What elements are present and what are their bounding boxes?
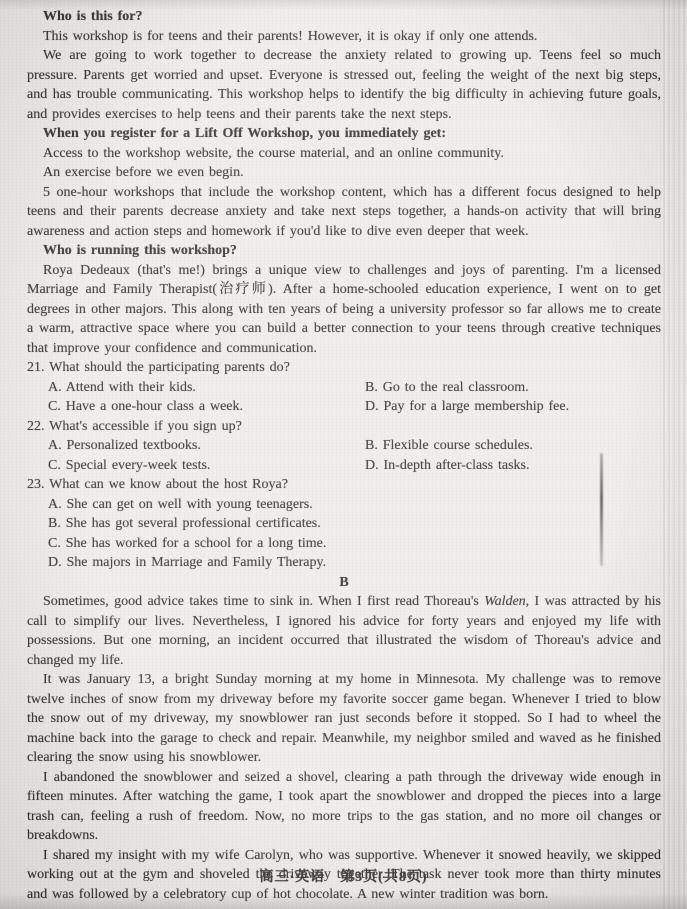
page-footer: 高三·英语 第3页(共8页) [0, 866, 687, 886]
option-22-a: A. Personalized textbooks. [48, 436, 365, 456]
paragraph-workshops: 5 one-hour workshops that include the wo… [27, 183, 661, 242]
option-21-a: A. Attend with their kids. [48, 378, 365, 398]
passage-b-paragraph-1: Sometimes, good advice takes time to sin… [27, 592, 661, 670]
question-22: 22. What's accessible if you sign up? A.… [27, 417, 661, 476]
passage-b-paragraph-2: It was January 13, a bright Sunday morni… [27, 670, 661, 768]
option-23-b: B. She has got several professional cert… [27, 514, 661, 534]
option-23-d: D. She majors in Marriage and Family The… [27, 553, 661, 573]
question-22-text: What's accessible if you sign up? [49, 419, 242, 434]
list-item-exercise: An exercise before we even begin. [27, 163, 661, 183]
question-22-number: 22. [27, 419, 45, 434]
question-21: 21. What should the participating parent… [27, 358, 661, 417]
question-21-number: 21. [27, 360, 45, 375]
page-content: Who is this for? This workshop is for te… [27, 7, 661, 904]
passage-b-p1-before: Sometimes, good advice takes time to sin… [43, 594, 484, 609]
scanned-exam-page: Who is this for? This workshop is for te… [0, 0, 687, 909]
question-23-stem: 23. What can we know about the host Roya… [27, 475, 661, 495]
passage-b-paragraph-3: I abandoned the snowblower and seized a … [27, 768, 661, 846]
question-23: 23. What can we know about the host Roya… [27, 475, 661, 573]
walden-book-title: Walden [484, 594, 525, 609]
question-21-text: What should the participating parents do… [49, 360, 290, 375]
paragraph-attend: This workshop is for teens and their par… [27, 27, 661, 47]
heading-register-benefits: When you register for a Lift Off Worksho… [27, 124, 661, 144]
option-23-c: C. She has worked for a school for a lon… [27, 534, 661, 554]
option-22-b: B. Flexible course schedules. [365, 436, 661, 456]
option-23-a: A. She can get on well with young teenag… [27, 495, 661, 515]
paragraph-work-together: We are going to work together to decreas… [27, 46, 661, 124]
question-22-options: A. Personalized textbooks. B. Flexible c… [27, 436, 661, 475]
question-23-text: What can we know about the host Roya? [49, 477, 288, 492]
option-21-d: D. Pay for a large membership fee. [365, 397, 661, 417]
list-item-access: Access to the workshop website, the cour… [27, 144, 661, 164]
question-21-stem: 21. What should the participating parent… [27, 358, 661, 378]
heading-who-is-this-for: Who is this for? [27, 7, 661, 27]
heading-who-is-running: Who is running this workshop? [27, 241, 661, 261]
option-21-b: B. Go to the real classroom. [365, 378, 661, 398]
option-21-c: C. Have a one-hour class a week. [48, 397, 365, 417]
scan-artifact-right-band [663, 0, 687, 909]
question-22-stem: 22. What's accessible if you sign up? [27, 417, 661, 437]
section-b-label: B [27, 573, 661, 593]
paragraph-roya: Roya Dedeaux (that's me!) brings a uniqu… [27, 261, 661, 359]
question-23-number: 23. [27, 477, 45, 492]
option-22-d: D. In-depth after-class tasks. [365, 456, 661, 476]
option-22-c: C. Special every-week tests. [48, 456, 365, 476]
question-21-options: A. Attend with their kids. B. Go to the … [27, 378, 661, 417]
